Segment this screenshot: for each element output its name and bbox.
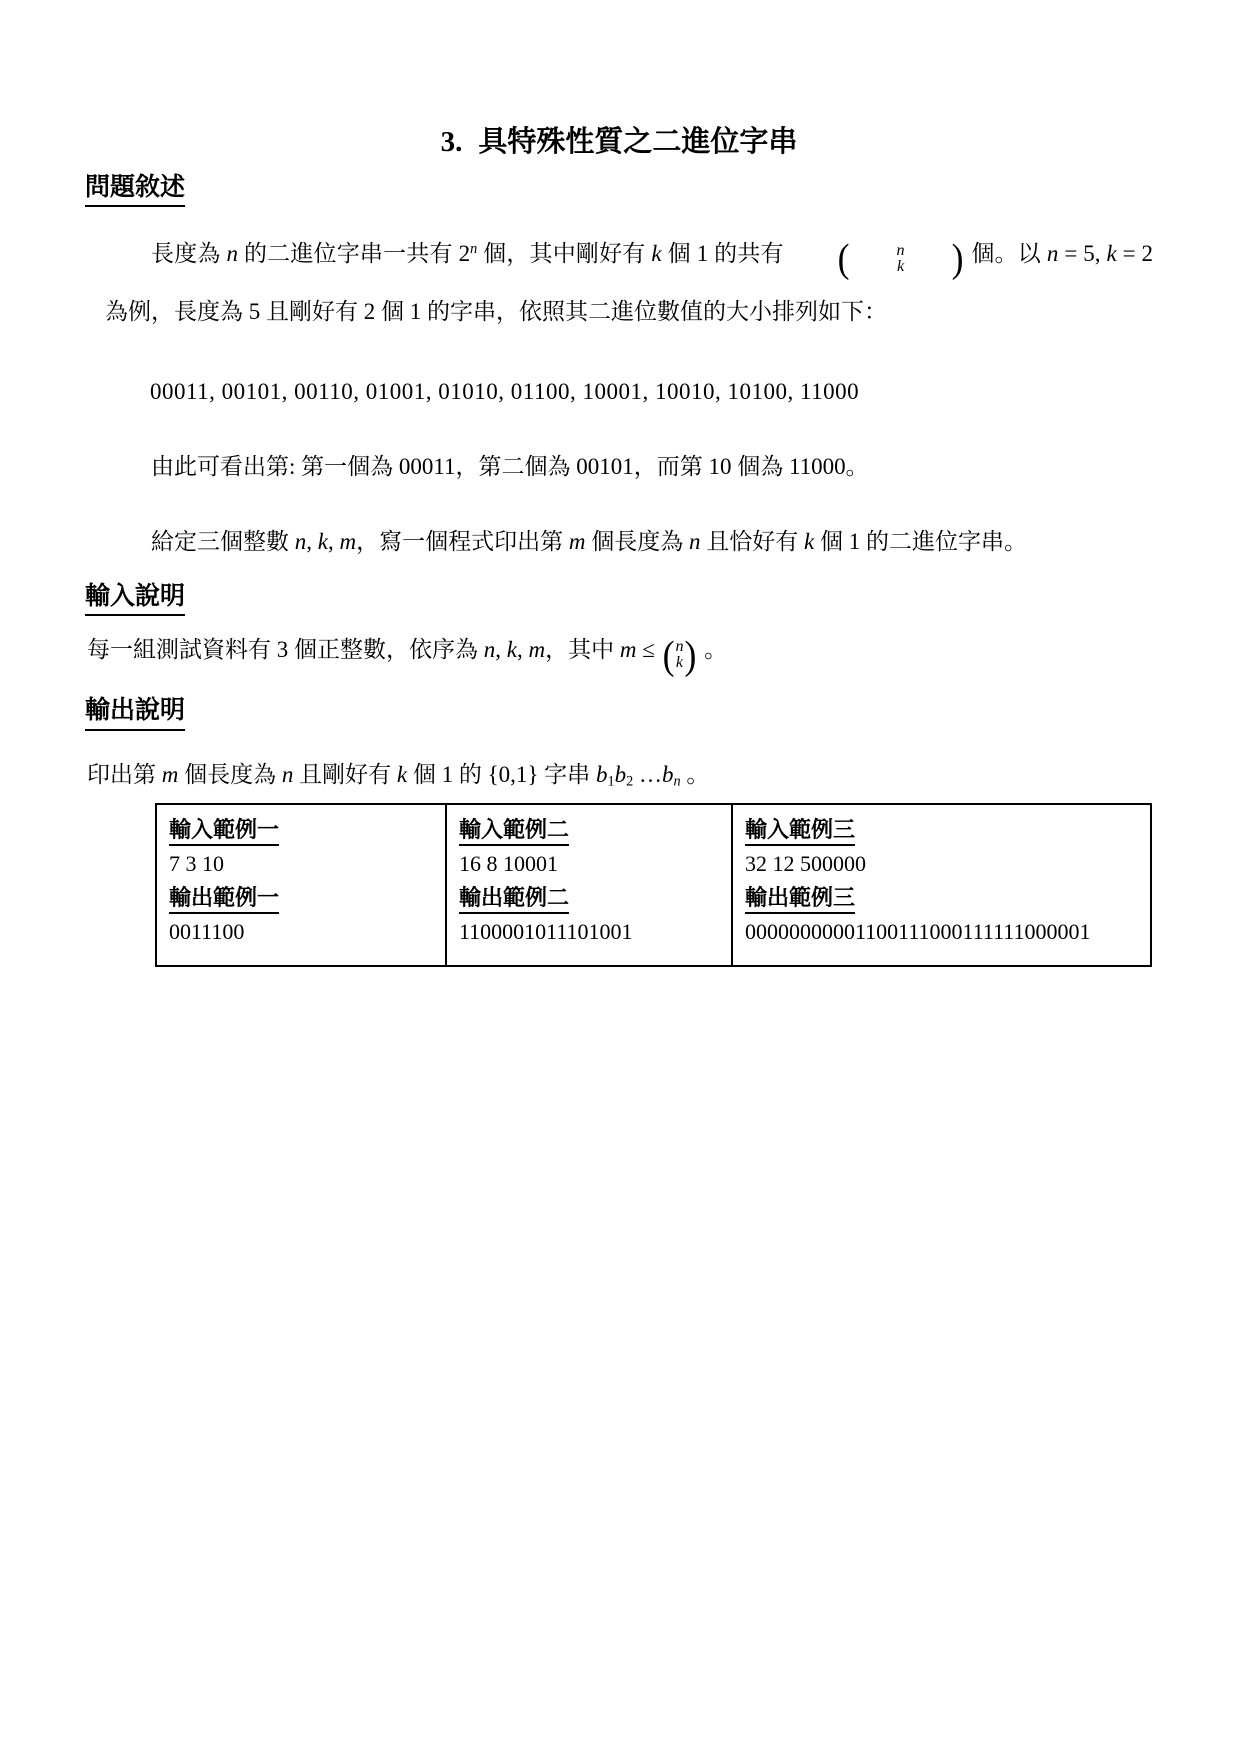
problem-intro-paragraph: 長度為 n 的二進位字串一共有 2n 個，其中剛好有 k 個 1 的共有 (nk… — [105, 225, 1153, 340]
example-cell-3: 輸入範例三 32 12 500000 輸出範例三 000000000011001… — [732, 804, 1151, 966]
binomial-coefficient: (nk) — [663, 638, 697, 674]
problem-task-paragraph: 給定三個整數 n, k, m，寫一個程式印出第 m 個長度為 n 且恰好有 k … — [105, 526, 1153, 557]
title-text: 具特殊性質之二進位字串 — [478, 126, 797, 158]
document-page: 3.具特殊性質之二進位字串 問題敘述 長度為 n 的二進位字串一共有 2n 個，… — [0, 0, 1241, 1755]
section-heading-output: 輸出說明 — [85, 695, 1153, 730]
example3-input-value: 32 12 500000 — [745, 847, 1138, 881]
example2-output-value: 1100001011101001 — [459, 915, 719, 949]
input-description: 每一組測試資料有 3 個正整數，依序為 n, k, m，其中 m ≤ (nk) … — [87, 632, 1153, 673]
example-cell-2: 輸入範例二 16 8 10001 輸出範例二 1100001011101001 — [446, 804, 732, 966]
section-heading-problem: 問題敘述 — [85, 172, 1153, 207]
binary-string-list: 00011, 00101, 00110, 01001, 01010, 01100… — [150, 376, 1153, 407]
title-number: 3. — [441, 126, 463, 158]
problem-observation-paragraph: 由此可看出第: 第一個為 00011，第二個為 00101，而第 10 個為 1… — [105, 451, 1153, 482]
example3-input-label: 輸入範例三 — [745, 813, 1138, 847]
page-title: 3.具特殊性質之二進位字串 — [85, 125, 1153, 160]
example2-output-label: 輸出範例二 — [459, 881, 719, 915]
example1-input-label: 輸入範例一 — [169, 813, 433, 847]
section-heading-input: 輸入說明 — [85, 581, 1153, 616]
example1-output-label: 輸出範例一 — [169, 881, 433, 915]
example1-input-value: 7 3 10 — [169, 847, 433, 881]
examples-row: 輸入範例一 7 3 10 輸出範例一 0011100 輸入範例二 16 8 10… — [156, 804, 1151, 966]
output-description: 印出第 m 個長度為 n 且剛好有 k 個 1 的 {0,1} 字串 b1b2 … — [87, 757, 1153, 794]
example1-output-value: 0011100 — [169, 915, 433, 949]
example2-input-label: 輸入範例二 — [459, 813, 719, 847]
example2-input-value: 16 8 10001 — [459, 847, 719, 881]
example-cell-1: 輸入範例一 7 3 10 輸出範例一 0011100 — [156, 804, 446, 966]
example3-output-value: 00000000001100111000111111000001 — [745, 915, 1138, 949]
binomial-coefficient: (nk) — [792, 241, 964, 277]
example3-output-label: 輸出範例三 — [745, 881, 1138, 915]
examples-table: 輸入範例一 7 3 10 輸出範例一 0011100 輸入範例二 16 8 10… — [155, 803, 1152, 967]
